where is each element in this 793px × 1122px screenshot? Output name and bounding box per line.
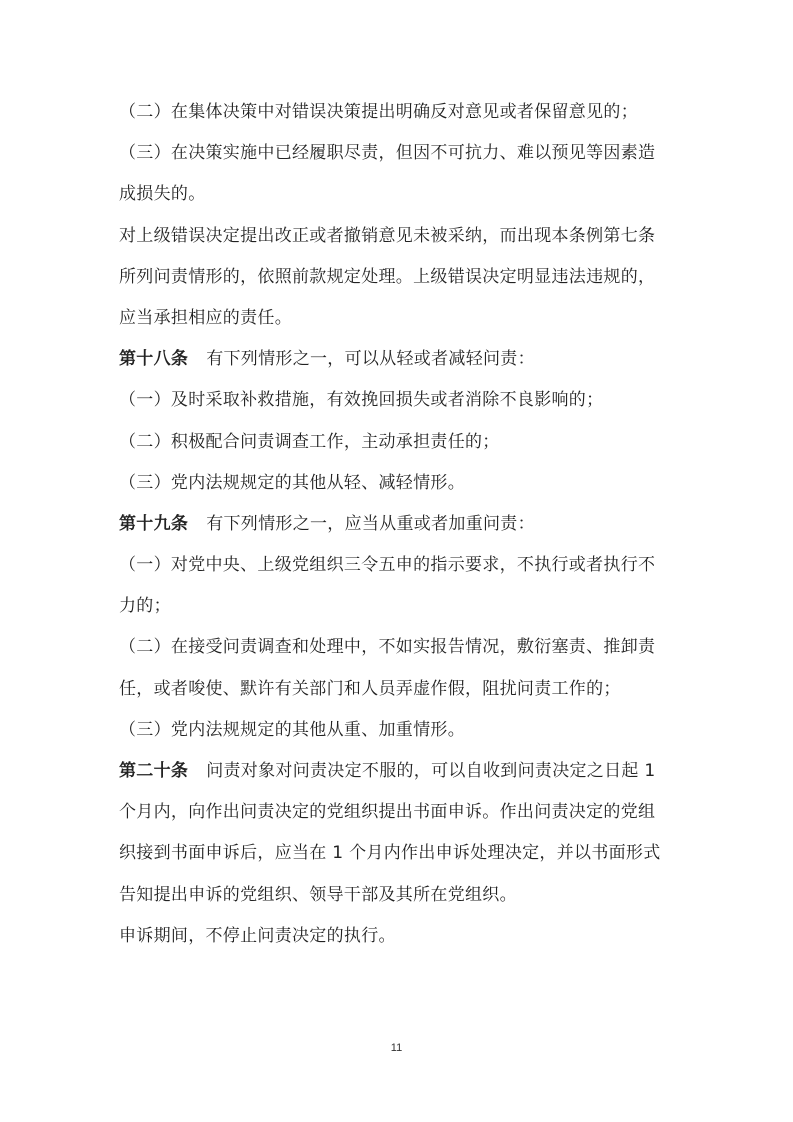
line-text: 告知提出申诉的党组织、领导干部及其所在党组织。 (119, 885, 517, 905)
paragraph-line: 任，或者唆使、默许有关部门和人员弄虚作假，阻扰问责工作的； (119, 681, 679, 698)
line-text: 有下列情形之一，应当从重或者加重问责： (206, 514, 535, 534)
paragraph-line: 所列问责情形的，依照前款规定处理。上级错误决定明显违法违规的， (119, 269, 679, 286)
paragraph-line: 申诉期间，不停止问责决定的执行。 (119, 928, 679, 945)
line-text: （三）在决策实施中已经履职尽责，但因不可抗力、难以预见等因素造 (119, 143, 655, 163)
line-text: 成损失的。 (119, 184, 206, 204)
document-body: （二）在集体决策中对错误决策提出明确反对意见或者保留意见的； （三）在决策实施中… (119, 104, 679, 969)
line-text: （二）在接受问责调查和处理中，不如实报告情况，敷衍塞责、推卸责 (119, 637, 655, 657)
paragraph-line: 应当承担相应的责任。 (119, 310, 679, 327)
article-label: 第二十条 (119, 761, 188, 781)
line-text: （二）积极配合问责调查工作，主动承担责任的； (119, 432, 500, 452)
line-text: 对上级错误决定提出改正或者撤销意见未被采纳，而出现本条例第七条 (119, 226, 655, 246)
line-text: 任，或者唆使、默许有关部门和人员弄虚作假，阻扰问责工作的； (119, 679, 621, 699)
paragraph-line: 织接到书面申诉后，应当在 1 个月内作出申诉处理决定，并以书面形式 (119, 845, 679, 862)
page-number: 11 (0, 1042, 793, 1054)
line-text: 力的； (119, 596, 171, 616)
line-text: 应当承担相应的责任。 (119, 308, 292, 328)
line-text: （一）对党中央、上级党组织三令五申的指示要求，不执行或者执行不 (119, 555, 655, 575)
article-19-heading: 第十九条有下列情形之一，应当从重或者加重问责： (119, 516, 679, 533)
paragraph-line: （二）积极配合问责调查工作，主动承担责任的； (119, 434, 679, 451)
paragraph-line: （一）对党中央、上级党组织三令五申的指示要求，不执行或者执行不 (119, 557, 679, 574)
paragraph-line: （二）在接受问责调查和处理中，不如实报告情况，敷衍塞责、推卸责 (119, 639, 679, 656)
line-text: （二）在集体决策中对错误决策提出明确反对意见或者保留意见的； (119, 102, 638, 122)
article-20-heading: 第二十条问责对象对问责决定不服的，可以自收到问责决定之日起 1 (119, 763, 679, 780)
paragraph-line: 成损失的。 (119, 186, 679, 203)
line-text: 问责对象对问责决定不服的，可以自收到问责决定之日起 1 (206, 761, 655, 781)
paragraph-line: （三）党内法规规定的其他从轻、减轻情形。 (119, 475, 679, 492)
paragraph-line: 力的； (119, 598, 679, 615)
paragraph-line: （一）及时采取补救措施，有效挽回损失或者消除不良影响的； (119, 392, 679, 409)
paragraph-line: （三）党内法规规定的其他从重、加重情形。 (119, 722, 679, 739)
article-18-heading: 第十八条有下列情形之一，可以从轻或者减轻问责： (119, 351, 679, 368)
line-text: 有下列情形之一，可以从轻或者减轻问责： (206, 349, 535, 369)
paragraph-line: （二）在集体决策中对错误决策提出明确反对意见或者保留意见的； (119, 104, 679, 121)
paragraph-line: 告知提出申诉的党组织、领导干部及其所在党组织。 (119, 887, 679, 904)
line-text: （一）及时采取补救措施，有效挽回损失或者消除不良影响的； (119, 390, 603, 410)
document-page: （二）在集体决策中对错误决策提出明确反对意见或者保留意见的； （三）在决策实施中… (0, 0, 793, 1122)
line-text: 织接到书面申诉后，应当在 1 个月内作出申诉处理决定，并以书面形式 (119, 843, 661, 863)
line-text: （三）党内法规规定的其他从重、加重情形。 (119, 720, 465, 740)
paragraph-line: 对上级错误决定提出改正或者撤销意见未被采纳，而出现本条例第七条 (119, 228, 679, 245)
article-label: 第十九条 (119, 514, 188, 534)
paragraph-line: 个月内，向作出问责决定的党组织提出书面申诉。作出问责决定的党组 (119, 804, 679, 821)
line-text: 所列问责情形的，依照前款规定处理。上级错误决定明显违法违规的， (119, 267, 655, 287)
line-text: 申诉期间，不停止问责决定的执行。 (119, 926, 396, 946)
paragraph-line: （三）在决策实施中已经履职尽责，但因不可抗力、难以预见等因素造 (119, 145, 679, 162)
article-label: 第十八条 (119, 349, 188, 369)
line-text: （三）党内法规规定的其他从轻、减轻情形。 (119, 473, 465, 493)
line-text: 个月内，向作出问责决定的党组织提出书面申诉。作出问责决定的党组 (119, 802, 655, 822)
